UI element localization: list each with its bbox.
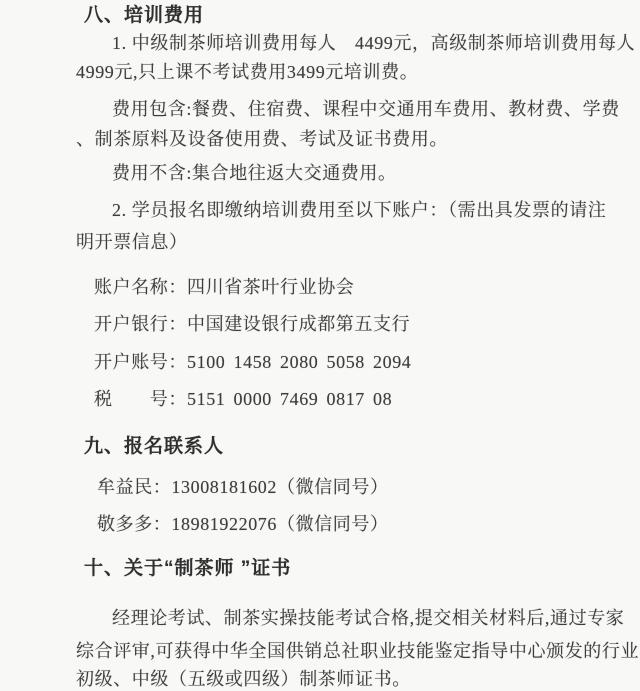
document-page: 八、培训费用 1. 中级制茶师培训费用每人 4499元，高级制茶师培训费用每人 … — [0, 0, 640, 691]
account-bank-row: 开户银行：中国建设银行成都第五支行 — [94, 311, 580, 337]
tax-number-value: 5151 0000 7469 0817 08 — [187, 389, 392, 409]
certificate-para-line1: 经理论考试、制茶实操技能考试合格,提交相关材料后,通过专家 — [76, 605, 580, 631]
account-bank-value: 中国建设银行成都第五支行 — [187, 314, 410, 334]
account-name-row: 账户名称：四川省茶叶行业协会 — [94, 274, 580, 300]
certificate-para-line3: 初级、中级（五级或四级）制茶师证书。 — [76, 666, 580, 691]
section-heading-certificate: 十、关于“制茶师 ”证书 — [84, 556, 580, 582]
fees-para1-line2: 4999元,只上课不考试费用3499元培训费。 — [76, 59, 580, 85]
account-name-value: 四川省茶叶行业协会 — [187, 277, 354, 297]
section-heading-training-fees: 八、培训费用 — [84, 3, 580, 29]
tax-number-row: 税 号：5151 0000 7469 0817 08 — [94, 386, 580, 412]
account-number-row: 开户账号：5100 1458 2080 5058 2094 — [94, 349, 580, 375]
contact-row-2: 敬多多：18981922076（微信同号） — [97, 511, 580, 537]
payment-note-line2: 明开票信息） — [76, 229, 580, 255]
account-bank-label: 开户银行： — [94, 314, 187, 334]
fees-include-line1: 费用包含:餐费、住宿费、课程中交通用车费用、教材费、学费 — [76, 96, 580, 122]
account-number-label: 开户账号： — [94, 352, 187, 372]
fees-include-line2: 、制茶原料及设备使用费、考试及证书费用。 — [76, 126, 580, 152]
fees-exclude-line: 费用不含:集合地往返大交通费用。 — [76, 160, 580, 186]
certificate-para-line2: 综合评审,可获得中华全国供销总社职业技能鉴定指导中心颁发的行业 — [76, 638, 580, 664]
fees-para1-line1: 1. 中级制茶师培训费用每人 4499元，高级制茶师培训费用每人 — [76, 30, 580, 56]
contact-row-1: 牟益民：13008181602（微信同号） — [97, 474, 580, 500]
payment-note-line1: 2. 学员报名即缴纳培训费用至以下账户：（需出具发票的请注 — [76, 197, 580, 223]
tax-number-label: 税 号： — [94, 389, 187, 409]
account-name-label: 账户名称： — [94, 277, 187, 297]
account-number-value: 5100 1458 2080 5058 2094 — [187, 352, 411, 372]
section-heading-contacts: 九、报名联系人 — [84, 434, 580, 460]
